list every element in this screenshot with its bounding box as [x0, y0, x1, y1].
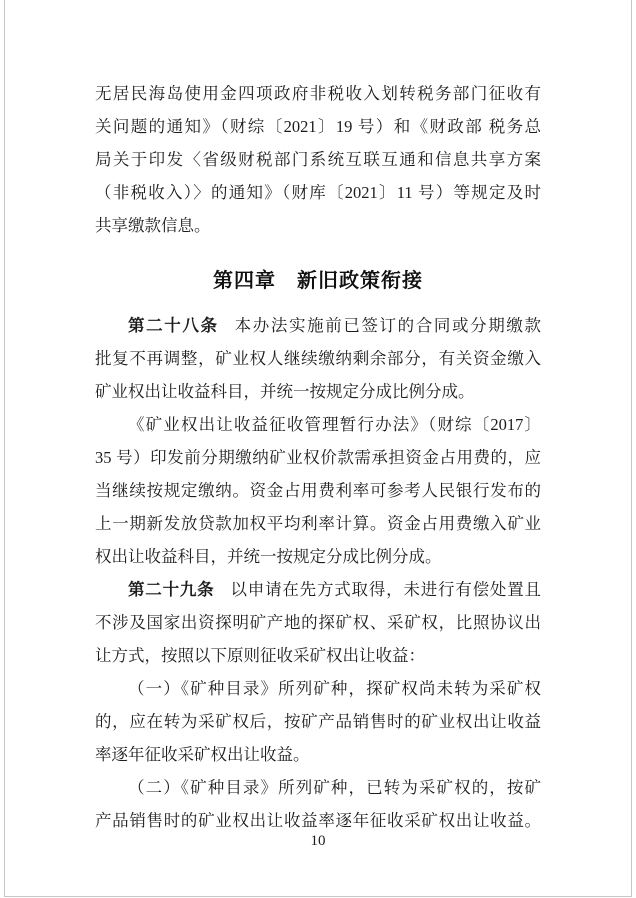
text-line: 关问题的通知》（财综〔2021〕19 号）和《财政部 税务总	[95, 110, 541, 143]
paragraph-funding-fee: 《矿业权出让收益征收管理暂行办法》（财综〔2017〕 35 号）印发前分期缴纳矿…	[95, 408, 541, 573]
page-body: 无居民海岛使用金四项政府非税收入划转税务部门征收有 关问题的通知》（财综〔202…	[95, 0, 541, 837]
paragraph-intro-continuation: 无居民海岛使用金四项政府非税收入划转税务部门征收有 关问题的通知》（财综〔202…	[95, 77, 541, 242]
text-line: 第二十八条本办法实施前已签订的合同或分期缴款	[95, 309, 541, 342]
text-line: 35 号）印发前分期缴纳矿业权价款需承担资金占用费的，应	[95, 441, 541, 474]
article-lead-text: 本办法实施前已签订的合同或分期缴款	[235, 316, 541, 335]
text-line: 批复不再调整，矿业权人继续缴纳剩余部分，有关资金缴入	[95, 342, 541, 375]
text-line: 第二十九条以申请在先方式取得，未进行有偿处置且	[95, 573, 541, 606]
article-number: 第二十九条	[128, 580, 214, 599]
chapter-heading: 第四章 新旧政策衔接	[95, 266, 541, 296]
text-line: 《矿业权出让收益征收管理暂行办法》（财综〔2017〕	[95, 408, 541, 441]
text-line: 共享缴款信息。	[95, 209, 541, 242]
article-number: 第二十八条	[128, 316, 219, 335]
document-page: 无居民海岛使用金四项政府非税收入划转税务部门征收有 关问题的通知》（财综〔202…	[4, 0, 632, 897]
text-line: 矿业权出让收益科目，并统一按规定分成比例分成。	[95, 375, 541, 408]
text-line: （非税收入）〉的通知》（财库〔2021〕11 号）等规定及时	[95, 176, 541, 209]
paragraph-item-1: （一）《矿种目录》所列矿种，探矿权尚未转为采矿权 的，应在转为采矿权后，按矿产品…	[95, 672, 541, 771]
paragraph-article-29: 第二十九条以申请在先方式取得，未进行有偿处置且 不涉及国家出资探明矿产地的探矿权…	[95, 573, 541, 672]
article-lead-text: 以申请在先方式取得，未进行有偿处置且	[230, 580, 541, 599]
text-line: 局关于印发〈省级财税部门系统互联互通和信息共享方案	[95, 143, 541, 176]
paragraph-article-28: 第二十八条本办法实施前已签订的合同或分期缴款 批复不再调整，矿业权人继续缴纳剩余…	[95, 309, 541, 408]
text-line: （二）《矿种目录》所列矿种，已转为采矿权的，按矿	[95, 771, 541, 804]
text-line: 无居民海岛使用金四项政府非税收入划转税务部门征收有	[95, 77, 541, 110]
text-line: （一）《矿种目录》所列矿种，探矿权尚未转为采矿权	[95, 672, 541, 705]
text-line: 上一期新发放贷款加权平均利率计算。资金占用费缴入矿业	[95, 507, 541, 540]
page-number: 10	[95, 833, 541, 850]
text-line: 率逐年征收采矿权出让收益。	[95, 738, 541, 771]
text-line: 的，应在转为采矿权后，按矿产品销售时的矿业权出让收益	[95, 705, 541, 738]
text-line: 不涉及国家出资探明矿产地的探矿权、采矿权，比照协议出	[95, 606, 541, 639]
text-line: 当继续按规定缴纳。资金占用费利率可参考人民银行发布的	[95, 474, 541, 507]
paragraph-item-2: （二）《矿种目录》所列矿种，已转为采矿权的，按矿 产品销售时的矿业权出让收益率逐…	[95, 771, 541, 837]
text-line: 让方式，按照以下原则征收采矿权出让收益：	[95, 639, 541, 672]
text-line: 权出让收益科目，并统一按规定分成比例分成。	[95, 540, 541, 573]
